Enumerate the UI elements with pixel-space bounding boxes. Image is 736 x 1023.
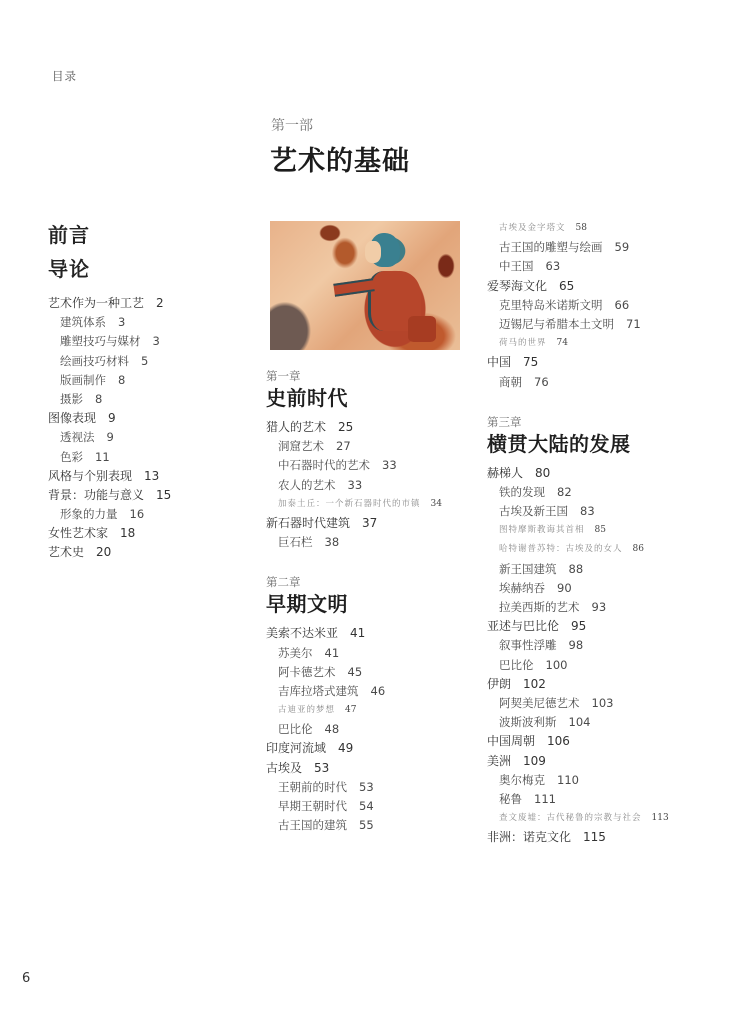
toc-entry-page: 53 bbox=[359, 780, 374, 794]
toc-entry-title: 巨石栏 bbox=[278, 535, 313, 549]
toc-entry[interactable]: 亚述与巴比伦95 bbox=[487, 617, 717, 636]
toc-entry[interactable]: 美洲109 bbox=[487, 752, 717, 771]
toc-entry[interactable]: 摄影8 bbox=[48, 390, 248, 409]
toc-entry-page: 59 bbox=[615, 240, 630, 254]
toc-entry[interactable]: 苏美尔41 bbox=[266, 644, 481, 663]
toc-entry-page: 82 bbox=[557, 485, 572, 499]
toc-entry-title: 透视法 bbox=[60, 430, 95, 444]
toc-entry[interactable]: 迈锡尼与希腊本土文明71 bbox=[487, 315, 717, 334]
toc-entry[interactable]: 猎人的艺术25 bbox=[266, 418, 481, 437]
toc-entry[interactable]: 女性艺术家18 bbox=[48, 524, 248, 543]
toc-entry-page: 103 bbox=[592, 696, 614, 710]
toc-entry-page: 34 bbox=[431, 499, 442, 509]
toc-entry-page: 3 bbox=[153, 334, 160, 348]
toc-entry-title: 古迪亚的梦想 bbox=[278, 705, 335, 715]
toc-entry[interactable]: 中国75 bbox=[487, 353, 717, 372]
toc-entry-title: 阿卡德艺术 bbox=[278, 665, 336, 679]
toc-entry-page: 18 bbox=[120, 526, 135, 540]
toc-entry-page: 86 bbox=[633, 544, 644, 554]
toc-entry-title: 中国周朝 bbox=[487, 734, 535, 748]
toc-box-entry[interactable]: 古迪亚的梦想47 bbox=[266, 701, 481, 720]
toc-entry[interactable]: 早期王朝时代54 bbox=[266, 797, 481, 816]
toc-column-left: 前言 导论 艺术作为一种工艺2建筑体系3雕塑技巧与媒材3绘画技巧材料5版画制作8… bbox=[48, 218, 248, 563]
toc-entry-title: 色彩 bbox=[60, 450, 83, 464]
toc-entry[interactable]: 巴比伦48 bbox=[266, 720, 481, 739]
toc-entry[interactable]: 波斯波利斯104 bbox=[487, 713, 717, 732]
toc-entry-page: 95 bbox=[571, 619, 586, 633]
toc-entry[interactable]: 印度河流域49 bbox=[266, 739, 481, 758]
toc-entry[interactable]: 商朝76 bbox=[487, 373, 717, 392]
toc-entry[interactable]: 奥尔梅克110 bbox=[487, 771, 717, 790]
toc-entry-page: 41 bbox=[325, 646, 340, 660]
toc-entry[interactable]: 王朝前的时代53 bbox=[266, 778, 481, 797]
toc-entry-page: 45 bbox=[348, 665, 363, 679]
toc-entry-page: 54 bbox=[359, 799, 374, 813]
toc-entry-title: 风格与个别表现 bbox=[48, 469, 132, 483]
toc-entry[interactable]: 色彩11 bbox=[48, 448, 248, 467]
toc-entry[interactable]: 透视法9 bbox=[48, 428, 248, 447]
toc-entry-title: 埃赫纳吞 bbox=[499, 581, 545, 595]
toc-entry-page: 33 bbox=[382, 458, 397, 472]
toc-entry-page: 47 bbox=[345, 705, 356, 715]
toc-entry[interactable]: 吉库拉塔式建筑46 bbox=[266, 682, 481, 701]
toc-entry[interactable]: 图像表现9 bbox=[48, 409, 248, 428]
toc-entry-page: 8 bbox=[118, 373, 125, 387]
chapter-1-entries: 猎人的艺术25洞窟艺术27中石器时代的艺术33农人的艺术33加泰土丘：一个新石器… bbox=[266, 418, 481, 552]
part-title: 艺术的基础 bbox=[270, 139, 410, 178]
toc-entry[interactable]: 版画制作8 bbox=[48, 371, 248, 390]
toc-entry-title: 巴比伦 bbox=[499, 658, 534, 672]
toc-entry-page: 104 bbox=[569, 715, 591, 729]
chapter-2-continued-entries: 古埃及金字塔文58古王国的雕塑与绘画59中王国63爱琴海文化65克里特岛米诺斯文… bbox=[487, 219, 717, 392]
page-number: 6 bbox=[22, 971, 30, 986]
toc-entry[interactable]: 古埃及新王国83 bbox=[487, 502, 717, 521]
toc-entry-title: 古埃及新王国 bbox=[499, 504, 568, 518]
chapter-2-label: 第二章 bbox=[266, 574, 481, 590]
toc-entry[interactable]: 农人的艺术33 bbox=[266, 476, 481, 495]
toc-entry-page: 74 bbox=[557, 338, 568, 348]
toc-entry-page: 15 bbox=[156, 488, 171, 502]
toc-entry[interactable]: 秘鲁111 bbox=[487, 790, 717, 809]
toc-entry-page: 88 bbox=[569, 562, 584, 576]
toc-entry-page: 65 bbox=[559, 279, 574, 293]
chapter-1-title[interactable]: 史前时代 bbox=[266, 384, 481, 414]
toc-entry-title: 爱琴海文化 bbox=[487, 279, 547, 293]
toc-entry-page: 2 bbox=[156, 296, 164, 310]
toc-preface-link[interactable]: 前言 bbox=[48, 218, 248, 252]
toc-entry-title: 形象的力量 bbox=[60, 507, 118, 521]
toc-entry-title: 秘鲁 bbox=[499, 792, 522, 806]
toc-entry-title: 巴比伦 bbox=[278, 722, 313, 736]
toc-entry-page: 55 bbox=[359, 818, 374, 832]
toc-entry-page: 110 bbox=[557, 773, 579, 787]
toc-entry[interactable]: 美索不达米亚41 bbox=[266, 624, 481, 643]
toc-entry[interactable]: 叙事性浮雕98 bbox=[487, 636, 717, 655]
toc-entry[interactable]: 铁的发现82 bbox=[487, 483, 717, 502]
chapter-3-label: 第三章 bbox=[487, 414, 717, 430]
toc-entry[interactable]: 新王国建筑88 bbox=[487, 560, 717, 579]
toc-entry-page: 11 bbox=[95, 450, 110, 464]
chapter-2-title[interactable]: 早期文明 bbox=[266, 590, 481, 620]
toc-entry-page: 85 bbox=[595, 525, 606, 535]
toc-entry[interactable]: 形象的力量16 bbox=[48, 505, 248, 524]
toc-entry-title: 铁的发现 bbox=[499, 485, 545, 499]
toc-entry-title: 中王国 bbox=[499, 259, 534, 273]
toc-entry-title: 克里特岛米诺斯文明 bbox=[499, 298, 603, 312]
toc-entry-title: 阿契美尼德艺术 bbox=[499, 696, 580, 710]
toc-entry-page: 8 bbox=[95, 392, 102, 406]
chapter-2-entries: 美索不达米亚41苏美尔41阿卡德艺术45吉库拉塔式建筑46古迪亚的梦想47巴比伦… bbox=[266, 624, 481, 835]
toc-entry-title: 印度河流域 bbox=[266, 741, 326, 755]
chapter-3-title[interactable]: 横贯大陆的发展 bbox=[487, 430, 717, 460]
toc-entry-title: 查文废墟：古代秘鲁的宗教与社会 bbox=[499, 813, 642, 823]
toc-entry-page: 41 bbox=[350, 626, 365, 640]
toc-entry-title: 哈特谢普苏特：古埃及的女人 bbox=[499, 544, 623, 554]
toc-entry[interactable]: 巨石栏38 bbox=[266, 533, 481, 552]
toc-entry-title: 奥尔梅克 bbox=[499, 773, 545, 787]
toc-entry[interactable]: 新石器时代建筑37 bbox=[266, 514, 481, 533]
toc-entry[interactable]: 古王国的建筑55 bbox=[266, 816, 481, 835]
toc-entry-page: 71 bbox=[626, 317, 641, 331]
toc-entry-title: 赫梯人 bbox=[487, 466, 523, 480]
toc-entry-page: 33 bbox=[348, 478, 363, 492]
toc-entry-title: 新石器时代建筑 bbox=[266, 516, 350, 530]
toc-entry-title: 非洲：诺克文化 bbox=[487, 830, 571, 844]
toc-entry-title: 新王国建筑 bbox=[499, 562, 557, 576]
toc-entry[interactable]: 雕塑技巧与媒材3 bbox=[48, 332, 248, 351]
toc-entry-title: 图像表现 bbox=[48, 411, 96, 425]
toc-entry-page: 93 bbox=[592, 600, 607, 614]
toc-entry-page: 27 bbox=[336, 439, 351, 453]
toc-entry[interactable]: 洞窟艺术27 bbox=[266, 437, 481, 456]
toc-entry-page: 113 bbox=[652, 813, 669, 823]
toc-entry-page: 46 bbox=[371, 684, 386, 698]
introduction-entries: 艺术作为一种工艺2建筑体系3雕塑技巧与媒材3绘画技巧材料5版画制作8摄影8图像表… bbox=[48, 294, 248, 563]
toc-entry-page: 13 bbox=[144, 469, 159, 483]
toc-entry-page: 111 bbox=[534, 792, 556, 806]
toc-entry-page: 20 bbox=[96, 545, 111, 559]
toc-entry[interactable]: 伊朗102 bbox=[487, 675, 717, 694]
toc-entry[interactable]: 风格与个别表现13 bbox=[48, 467, 248, 486]
toc-entry[interactable]: 中王国63 bbox=[487, 257, 717, 276]
part-label: 第一部 bbox=[271, 115, 313, 135]
toc-entry-title: 洞窟艺术 bbox=[278, 439, 324, 453]
toc-entry-page: 16 bbox=[130, 507, 145, 521]
toc-entry-title: 版画制作 bbox=[60, 373, 106, 387]
toc-entry-page: 9 bbox=[107, 430, 114, 444]
toc-entry-page: 109 bbox=[523, 754, 546, 768]
toc-entry-title: 背景：功能与意义 bbox=[48, 488, 144, 502]
toc-entry-title: 吉库拉塔式建筑 bbox=[278, 684, 359, 698]
toc-entry-title: 加泰土丘：一个新石器时代的市镇 bbox=[278, 499, 421, 509]
toc-entry-title: 亚述与巴比伦 bbox=[487, 619, 559, 633]
toc-column-right: 古埃及金字塔文58古王国的雕塑与绘画59中王国63爱琴海文化65克里特岛米诺斯文… bbox=[487, 219, 717, 847]
toc-entry-page: 58 bbox=[576, 223, 587, 233]
toc-entry-page: 9 bbox=[108, 411, 116, 425]
toc-entry-page: 100 bbox=[546, 658, 568, 672]
toc-entry[interactable]: 背景：功能与意义15 bbox=[48, 486, 248, 505]
toc-entry-page: 102 bbox=[523, 677, 546, 691]
toc-entry-title: 绘画技巧材料 bbox=[60, 354, 129, 368]
toc-entry[interactable]: 阿契美尼德艺术103 bbox=[487, 694, 717, 713]
toc-box-entry[interactable]: 哈特谢普苏特：古埃及的女人86 bbox=[487, 540, 717, 559]
toc-box-entry[interactable]: 查文废墟：古代秘鲁的宗教与社会113 bbox=[487, 809, 717, 828]
toc-entry-page: 115 bbox=[583, 830, 606, 844]
toc-entry-title: 雕塑技巧与媒材 bbox=[60, 334, 141, 348]
toc-box-entry[interactable]: 荷马的世界74 bbox=[487, 334, 717, 353]
toc-entry-title: 猎人的艺术 bbox=[266, 420, 326, 434]
figure-basket bbox=[408, 316, 436, 342]
toc-entry[interactable]: 拉美西斯的艺术93 bbox=[487, 598, 717, 617]
toc-entry-page: 66 bbox=[615, 298, 630, 312]
toc-entry-title: 伊朗 bbox=[487, 677, 511, 691]
toc-entry-title: 女性艺术家 bbox=[48, 526, 108, 540]
toc-entry[interactable]: 古王国的雕塑与绘画59 bbox=[487, 238, 717, 257]
toc-box-entry[interactable]: 古埃及金字塔文58 bbox=[487, 219, 717, 238]
toc-entry-title: 中国 bbox=[487, 355, 511, 369]
toc-entry-title: 波斯波利斯 bbox=[499, 715, 557, 729]
toc-entry-title: 古埃及金字塔文 bbox=[499, 223, 566, 233]
toc-entry-title: 艺术作为一种工艺 bbox=[48, 296, 144, 310]
toc-entry[interactable]: 绘画技巧材料5 bbox=[48, 352, 248, 371]
toc-introduction-link[interactable]: 导论 bbox=[48, 252, 248, 286]
toc-entry-title: 荷马的世界 bbox=[499, 338, 547, 348]
toc-entry-page: 83 bbox=[580, 504, 595, 518]
toc-entry-page: 106 bbox=[547, 734, 570, 748]
toc-entry-title: 农人的艺术 bbox=[278, 478, 336, 492]
toc-entry-title: 王朝前的时代 bbox=[278, 780, 347, 794]
toc-box-entry[interactable]: 加泰土丘：一个新石器时代的市镇34 bbox=[266, 495, 481, 514]
toc-entry-title: 美洲 bbox=[487, 754, 511, 768]
toc-heading: 目录 bbox=[52, 68, 77, 84]
toc-entry-title: 建筑体系 bbox=[60, 315, 106, 329]
toc-entry-page: 3 bbox=[118, 315, 125, 329]
toc-entry[interactable]: 艺术作为一种工艺2 bbox=[48, 294, 248, 313]
toc-entry-page: 75 bbox=[523, 355, 538, 369]
toc-box-entry[interactable]: 图特摩斯教诲其首相85 bbox=[487, 521, 717, 540]
toc-entry-title: 摄影 bbox=[60, 392, 83, 406]
toc-entry[interactable]: 古埃及53 bbox=[266, 759, 481, 778]
toc-entry-title: 中石器时代的艺术 bbox=[278, 458, 370, 472]
toc-entry[interactable]: 克里特岛米诺斯文明66 bbox=[487, 296, 717, 315]
toc-entry-page: 37 bbox=[362, 516, 377, 530]
toc-entry[interactable]: 爱琴海文化65 bbox=[487, 277, 717, 296]
toc-entry-title: 拉美西斯的艺术 bbox=[499, 600, 580, 614]
toc-entry-page: 76 bbox=[534, 375, 549, 389]
toc-entry-page: 38 bbox=[325, 535, 340, 549]
toc-entry-title: 苏美尔 bbox=[278, 646, 313, 660]
toc-entry-title: 古埃及 bbox=[266, 761, 302, 775]
fresco-image bbox=[270, 221, 460, 350]
toc-entry-page: 90 bbox=[557, 581, 572, 595]
toc-entry[interactable]: 艺术史20 bbox=[48, 543, 248, 562]
toc-column-middle: 第一章 史前时代 猎人的艺术25洞窟艺术27中石器时代的艺术33农人的艺术33加… bbox=[266, 368, 481, 835]
toc-entry-page: 5 bbox=[141, 354, 148, 368]
toc-entry[interactable]: 中石器时代的艺术33 bbox=[266, 456, 481, 475]
chapter-3-entries: 赫梯人80铁的发现82古埃及新王国83图特摩斯教诲其首相85哈特谢普苏特：古埃及… bbox=[487, 464, 717, 848]
toc-entry-title: 叙事性浮雕 bbox=[499, 638, 557, 652]
toc-entry-title: 早期王朝时代 bbox=[278, 799, 347, 813]
chapter-1-label: 第一章 bbox=[266, 368, 481, 384]
toc-entry-page: 63 bbox=[546, 259, 561, 273]
toc-entry[interactable]: 赫梯人80 bbox=[487, 464, 717, 483]
toc-entry[interactable]: 埃赫纳吞90 bbox=[487, 579, 717, 598]
toc-entry-title: 古王国的雕塑与绘画 bbox=[499, 240, 603, 254]
figure-face bbox=[365, 241, 381, 263]
toc-entry-page: 48 bbox=[325, 722, 340, 736]
toc-entry[interactable]: 巴比伦100 bbox=[487, 656, 717, 675]
toc-entry-title: 商朝 bbox=[499, 375, 522, 389]
toc-entry-page: 49 bbox=[338, 741, 353, 755]
toc-entry[interactable]: 阿卡德艺术45 bbox=[266, 663, 481, 682]
toc-entry-title: 图特摩斯教诲其首相 bbox=[499, 525, 585, 535]
toc-entry-title: 艺术史 bbox=[48, 545, 84, 559]
toc-entry-title: 古王国的建筑 bbox=[278, 818, 347, 832]
toc-entry[interactable]: 建筑体系3 bbox=[48, 313, 248, 332]
toc-entry-page: 25 bbox=[338, 420, 353, 434]
toc-entry-title: 迈锡尼与希腊本土文明 bbox=[499, 317, 614, 331]
toc-entry-page: 98 bbox=[569, 638, 584, 652]
toc-entry[interactable]: 中国周朝106 bbox=[487, 732, 717, 751]
toc-entry-page: 80 bbox=[535, 466, 550, 480]
toc-entry[interactable]: 非洲：诺克文化115 bbox=[487, 828, 717, 847]
toc-entry-page: 53 bbox=[314, 761, 329, 775]
toc-entry-title: 美索不达米亚 bbox=[266, 626, 338, 640]
